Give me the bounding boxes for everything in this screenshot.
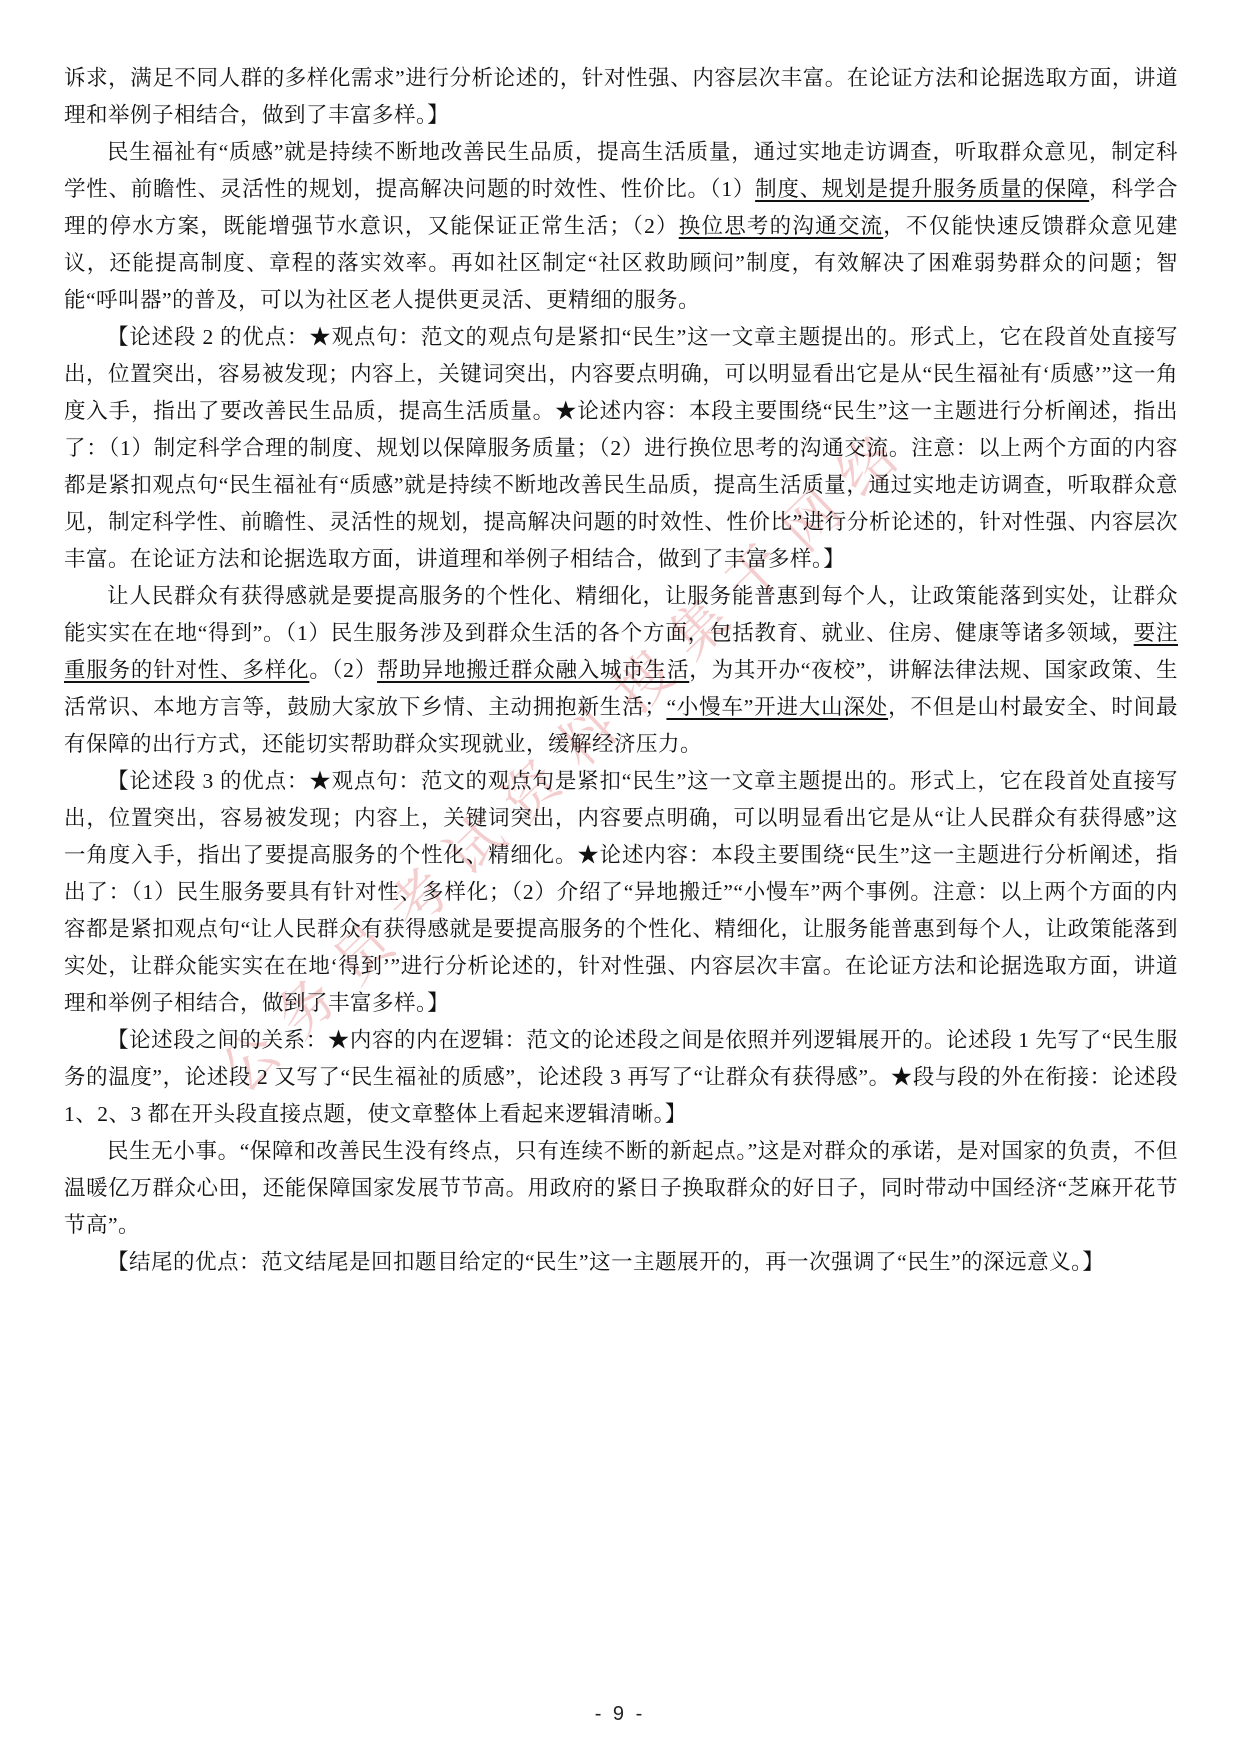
paragraph: 【论述段 3 的优点：★观点句：范文的观点句是紧扣“民生”这一文章主题提出的。形… [64,763,1178,1022]
document-page: 公务员考试资料搜集于网络 诉求，满足不同人群的多样化需求”进行分析论述的，针对性… [0,0,1240,1754]
text-segment: 【论述段 3 的优点：★观点句：范文的观点句是紧扣“民生”这一文章主题提出的。形… [64,769,1178,1015]
page-number: - 9 - [0,1703,1240,1726]
paragraph: 【论述段之间的关系：★内容的内在逻辑：范文的论述段之间是依照并列逻辑展开的。论述… [64,1022,1178,1133]
paragraph: 【结尾的优点：范文结尾是回扣题目给定的“民生”这一主题展开的，再一次强调了“民生… [64,1244,1178,1281]
text-segment: 【论述段 2 的优点：★观点句：范文的观点句是紧扣“民生”这一文章主题提出的。形… [64,325,1178,571]
text-segment: 【结尾的优点：范文结尾是回扣题目给定的“民生”这一主题展开的，再一次强调了“民生… [107,1250,1104,1274]
text-segment: 让人民群众有获得感就是要提高服务的个性化、精细化，让服务能普惠到每个人，让政策能… [64,584,1178,645]
paragraph: 民生无小事。“保障和改善民生没有终点，只有连续不断的新起点。”这是对群众的承诺，… [64,1133,1178,1244]
paragraph: 让人民群众有获得感就是要提高服务的个性化、精细化，让服务能普惠到每个人，让政策能… [64,578,1178,763]
underlined-text: 换位思考的沟通交流 [679,214,884,238]
underlined-text: 制度、规划是提升服务质量的保障 [755,177,1089,201]
paragraph: 诉求，满足不同人群的多样化需求”进行分析论述的，针对性强、内容层次丰富。在论证方… [64,60,1178,134]
text-segment: 。（2） [309,658,377,682]
underlined-text: “小慢车”开进大山深处 [666,695,888,719]
text-segment: 诉求，满足不同人群的多样化需求”进行分析论述的，针对性强、内容层次丰富。在论证方… [64,66,1178,127]
text-segment: 民生无小事。“保障和改善民生没有终点，只有连续不断的新起点。”这是对群众的承诺，… [64,1139,1178,1237]
paragraph: 民生福祉有“质感”就是持续不断地改善民生品质，提高生活质量，通过实地走访调查，听… [64,134,1178,319]
text-segment: 【论述段之间的关系：★内容的内在逻辑：范文的论述段之间是依照并列逻辑展开的。论述… [64,1028,1178,1126]
text-body: 诉求，满足不同人群的多样化需求”进行分析论述的，针对性强、内容层次丰富。在论证方… [64,60,1178,1281]
underlined-text: 帮助异地搬迁群众融入城市生活 [377,658,689,682]
paragraph: 【论述段 2 的优点：★观点句：范文的观点句是紧扣“民生”这一文章主题提出的。形… [64,319,1178,578]
